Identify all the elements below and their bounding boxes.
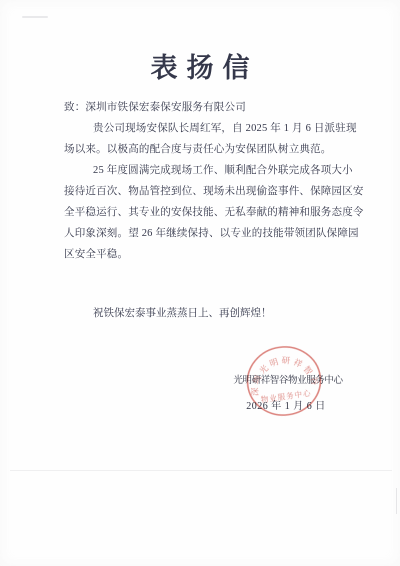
body-line: 接待近百次、物品管控到位、现场未出现偷盗事件、保障园区安: [64, 181, 344, 202]
body-line: 区安全平稳。: [64, 244, 344, 265]
recipient-line: 致：深圳市铁保宏泰保安服务有限公司: [64, 97, 344, 118]
body-line: 全平稳运行、其专业的安保技能、无私奉献的精神和服务态度令: [64, 202, 344, 223]
scan-crease-artifact: [10, 470, 392, 471]
scan-artifact: [22, 16, 48, 18]
letter-body: 致：深圳市铁保宏泰保安服务有限公司 贵公司现场安保队长周红军，自 2025 年 …: [64, 97, 344, 265]
letter-title: 表扬信: [0, 46, 400, 85]
body-line: 25 年度圆满完成现场工作、顺利配合外联完成各项大小: [64, 160, 344, 181]
body-line: 人印象深刻。望 26 年继续保持、以专业的技能带领团队保障园: [64, 223, 344, 244]
scanned-letter-page: 表扬信 致：深圳市铁保宏泰保安服务有限公司 贵公司现场安保队长周红军，自 202…: [0, 0, 400, 566]
company-stamp-icon: 深圳光明研祥智谷 物业服务中心: [233, 332, 334, 430]
closing-wish-line: 祝铁保宏泰事业蒸蒸日上、再创辉煌！: [64, 303, 272, 324]
stamp-bottom-text: 物业服务中心: [260, 387, 312, 404]
body-line: 场以来。以极高的配合度与责任心为安保团队树立典范。: [64, 139, 344, 160]
body-line: 贵公司现场安保队长周红军，自 2025 年 1 月 6 日派驻现: [64, 118, 344, 139]
scan-artifact: [396, 488, 397, 514]
